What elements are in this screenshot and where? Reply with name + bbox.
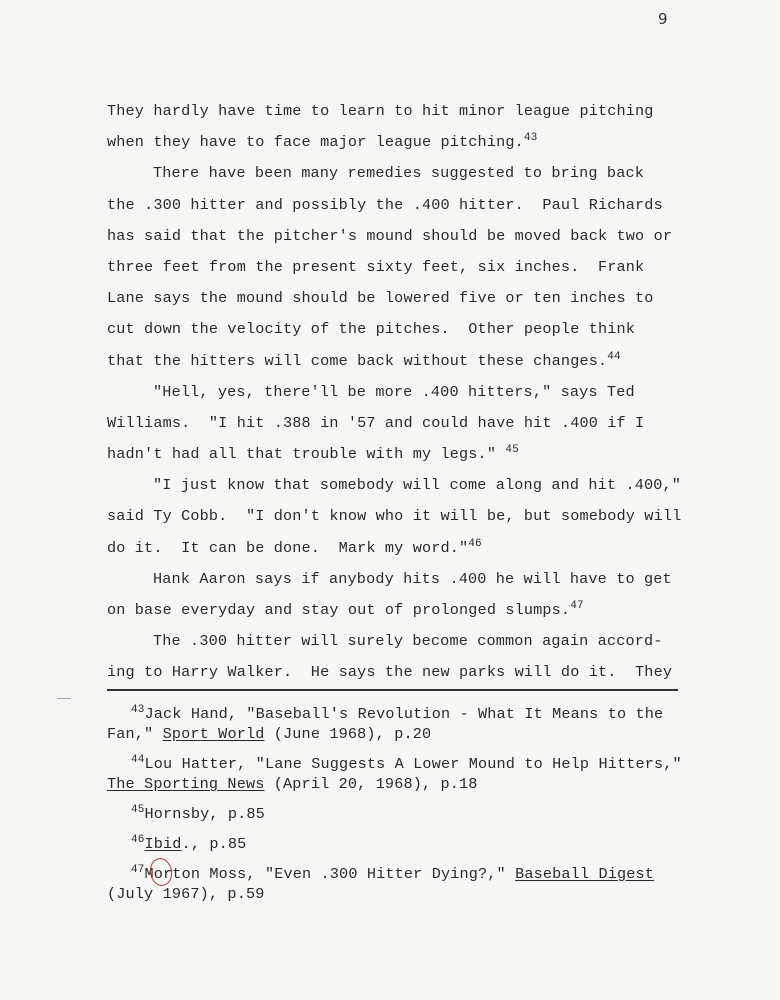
body-line: "Hell, yes, there'll be more .400 hitter… xyxy=(107,377,707,408)
footnote-number: 46 xyxy=(131,834,145,846)
body-line: hadn't had all that trouble with my legs… xyxy=(107,439,707,470)
body-line: They hardly have time to learn to hit mi… xyxy=(107,96,707,127)
body-line-text: cut down the velocity of the pitches. Ot… xyxy=(107,320,635,338)
body-line-text: the .300 hitter and possibly the .400 hi… xyxy=(107,196,663,214)
body-line-text: They hardly have time to learn to hit mi… xyxy=(107,102,654,120)
footnote-text: Lou Hatter, "Lane Suggests A Lower Mound… xyxy=(145,755,682,773)
body-line-text: The .300 hitter will surely become commo… xyxy=(153,632,663,650)
body-line: ing to Harry Walker. He says the new par… xyxy=(107,657,707,688)
footnote-43: 43Jack Hand, "Baseball's Revolution - Wh… xyxy=(107,704,707,744)
body-line: said Ty Cobb. "I don't know who it will … xyxy=(107,501,707,532)
body-line-text: Williams. "I hit .388 in '57 and could h… xyxy=(107,414,644,432)
footnote-number: 45 xyxy=(131,804,145,816)
footnote-text: Hornsby, p.85 xyxy=(145,805,265,823)
body-line-text: on base everyday and stay out of prolong… xyxy=(107,601,570,619)
page-number: 9 xyxy=(658,10,668,28)
body-line: cut down the velocity of the pitches. Ot… xyxy=(107,314,707,345)
body-text: They hardly have time to learn to hit mi… xyxy=(107,96,707,689)
body-line: There have been many remedies suggested … xyxy=(107,158,707,189)
body-line: Williams. "I hit .388 in '57 and could h… xyxy=(107,408,707,439)
body-line: has said that the pitcher's mound should… xyxy=(107,221,707,252)
body-line: three feet from the present sixty feet, … xyxy=(107,252,707,283)
footnotes: 43Jack Hand, "Baseball's Revolution - Wh… xyxy=(107,704,707,914)
publication-title: Sport World xyxy=(163,725,265,743)
footnote-text: Fan," xyxy=(107,725,163,743)
publication-title: Ibid xyxy=(145,835,182,853)
footnote-reference: 44 xyxy=(607,351,621,363)
footnote-46: 46Ibid., p.85 xyxy=(107,834,707,854)
footnote-number: 44 xyxy=(131,754,145,766)
body-line-text: has said that the pitcher's mound should… xyxy=(107,227,672,245)
body-line: "I just know that somebody will come alo… xyxy=(107,470,707,501)
footnote-text: ., p.85 xyxy=(182,835,247,853)
footnote-45: 45Hornsby, p.85 xyxy=(107,804,707,824)
footnote-reference: 47 xyxy=(570,600,584,612)
body-line: The .300 hitter will surely become commo… xyxy=(107,626,707,657)
margin-mark xyxy=(57,698,71,699)
footnote-text: (July 1967), p.59 xyxy=(107,885,265,903)
body-line: when they have to face major league pitc… xyxy=(107,127,707,158)
body-line-text: There have been many remedies suggested … xyxy=(153,164,644,182)
footnote-text: (April 20, 1968), p.18 xyxy=(265,775,478,793)
footnote-44: 44Lou Hatter, "Lane Suggests A Lower Mou… xyxy=(107,754,707,794)
publication-title: Baseball Digest xyxy=(515,865,654,883)
footnote-reference: 43 xyxy=(524,132,538,144)
footnote-number: 47 xyxy=(131,864,145,876)
footnote-text: Jack Hand, "Baseball's Revolution - What… xyxy=(145,705,664,723)
body-line: Lane says the mound should be lowered fi… xyxy=(107,283,707,314)
body-line: the .300 hitter and possibly the .400 hi… xyxy=(107,190,707,221)
body-line-text: do it. It can be done. Mark my word." xyxy=(107,539,468,557)
body-line-text: three feet from the present sixty feet, … xyxy=(107,258,644,276)
body-line-text: said Ty Cobb. "I don't know who it will … xyxy=(107,507,681,525)
body-line-text: "Hell, yes, there'll be more .400 hitter… xyxy=(153,383,635,401)
footnote-reference: 45 xyxy=(505,444,519,456)
footnote-text: Morton Moss, "Even .300 Hitter Dying?," xyxy=(145,865,516,883)
footnote-separator xyxy=(107,689,678,691)
footnote-text: (June 1968), p.20 xyxy=(265,725,432,743)
body-line-text: Lane says the mound should be lowered fi… xyxy=(107,289,654,307)
footnote-47: 47Morton Moss, "Even .300 Hitter Dying?,… xyxy=(107,864,707,904)
body-line-text: that the hitters will come back without … xyxy=(107,352,607,370)
footnote-number: 43 xyxy=(131,704,145,716)
body-line: Hank Aaron says if anybody hits .400 he … xyxy=(107,564,707,595)
body-line-text: when they have to face major league pitc… xyxy=(107,133,524,151)
body-line: do it. It can be done. Mark my word."46 xyxy=(107,533,707,564)
body-line-text: ing to Harry Walker. He says the new par… xyxy=(107,663,672,681)
body-line-text: "I just know that somebody will come alo… xyxy=(153,476,681,494)
body-line: on base everyday and stay out of prolong… xyxy=(107,595,707,626)
body-line-text: hadn't had all that trouble with my legs… xyxy=(107,445,505,463)
body-line: that the hitters will come back without … xyxy=(107,346,707,377)
body-line-text: Hank Aaron says if anybody hits .400 he … xyxy=(153,570,672,588)
footnote-reference: 46 xyxy=(468,538,482,550)
publication-title: The Sporting News xyxy=(107,775,265,793)
